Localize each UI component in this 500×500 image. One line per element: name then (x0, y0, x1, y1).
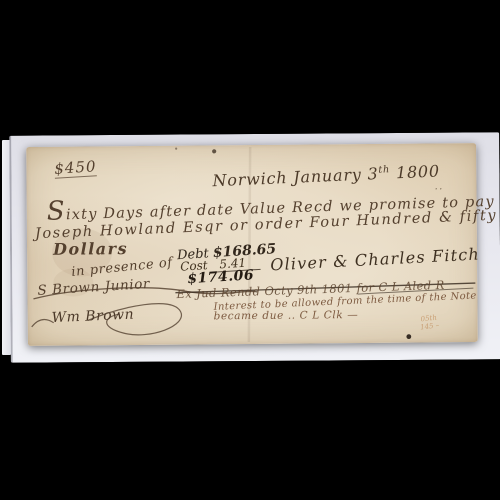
date-month: January (293, 165, 362, 187)
witness-name: S Brown Junior (37, 276, 150, 299)
face-amount: $450 (54, 157, 97, 179)
promise-text-line-3: Dollars (53, 239, 128, 259)
witness-label: in presence of (71, 255, 174, 280)
promissory-note-paper: $450 Norwich January 3th 1800 .. Sixty D… (26, 143, 478, 346)
date-ordinal: th (378, 164, 390, 175)
payee-signatures: Oliver & Charles Fitch (270, 244, 481, 274)
photo-of-promissory-note: $450 Norwich January 3th 1800 .. Sixty D… (0, 0, 500, 500)
clerk-note-line-2: became due .. C L Clk — (214, 309, 359, 322)
maker-signature: Wm Brown (51, 307, 134, 327)
place-name: Norwich (212, 168, 288, 190)
pencil-archival-note: 05th 145 – (419, 313, 440, 331)
